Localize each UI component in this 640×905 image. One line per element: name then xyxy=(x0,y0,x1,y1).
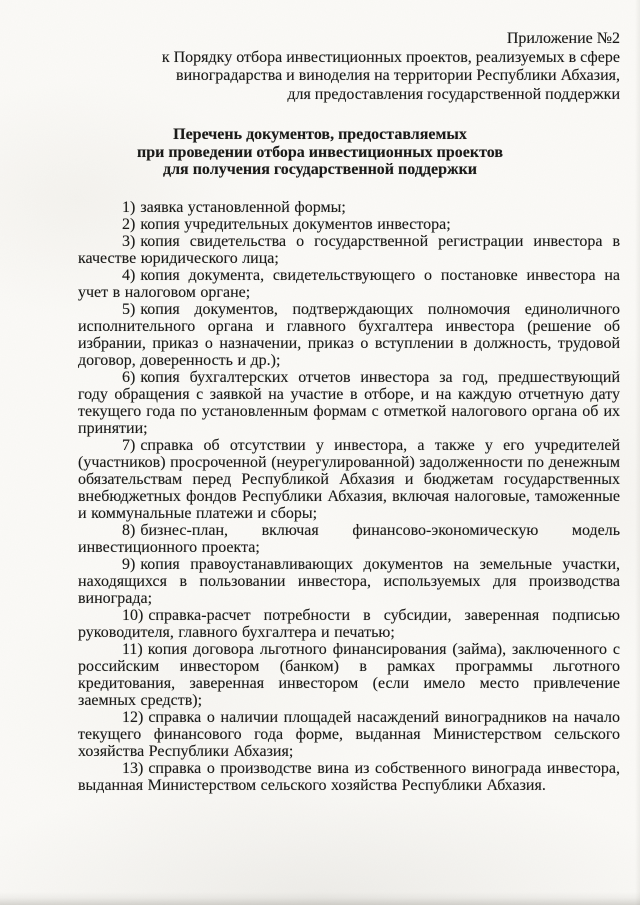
item-number: 11) xyxy=(122,641,148,658)
list-item: 1)заявка установленной формы; xyxy=(78,199,620,216)
list-item: 3)копия свидетельства о государственной … xyxy=(78,233,620,267)
list-item: 13)справка о производстве вина из собств… xyxy=(78,760,620,794)
item-number: 12) xyxy=(122,709,148,726)
list-item: 4)копия документа, свидетельствующего о … xyxy=(78,267,620,301)
list-item: 7)справка об отсутствии у инвестора, а т… xyxy=(78,437,620,522)
document-page: Приложение №2 к Порядку отбора инвестици… xyxy=(0,0,640,905)
item-text: копия документа, свидетельствующего о по… xyxy=(78,267,620,301)
list-item: 6)копия бухгалтерских отчетов инвестора … xyxy=(78,369,620,437)
scan-bottom-edge-shadow xyxy=(0,892,640,905)
item-text: копия учредительных документов инвестора… xyxy=(140,216,450,233)
item-text: справка-расчет потребности в субсидии, з… xyxy=(78,607,620,641)
document-title-line: при проведении отбора инвестиционных про… xyxy=(78,144,562,162)
item-text: заявка установленной формы; xyxy=(140,199,345,216)
appendix-header-line: для предоставления государственной подде… xyxy=(78,86,620,105)
document-title: Перечень документов, предоставляемых при… xyxy=(78,126,620,179)
list-item: 2)копия учредительных документов инвесто… xyxy=(78,216,620,233)
item-text: копия договора льготного финансирования … xyxy=(78,641,620,709)
appendix-header-line: к Порядку отбора инвестиционных проектов… xyxy=(78,49,620,68)
scan-right-edge-shadow xyxy=(635,0,640,905)
item-text: копия правоустанавливающих документов на… xyxy=(78,556,620,607)
item-number: 6) xyxy=(122,369,140,386)
item-text: копия документов, подтверждающих полномо… xyxy=(78,301,620,369)
list-item: 10)справка-расчет потребности в субсидии… xyxy=(78,607,620,641)
list-item: 5)копия документов, подтверждающих полно… xyxy=(78,301,620,369)
list-item: 12)справка о наличии площадей насаждений… xyxy=(78,709,620,760)
list-item: 8)бизнес-план, включая финансово-экономи… xyxy=(78,522,620,556)
item-text: копия бухгалтерских отчетов инвестора за… xyxy=(78,369,620,437)
item-number: 10) xyxy=(122,607,148,624)
list-item: 9)копия правоустанавливающих документов … xyxy=(78,556,620,607)
item-number: 2) xyxy=(122,216,140,233)
item-number: 5) xyxy=(122,301,140,318)
item-number: 7) xyxy=(122,437,140,454)
item-text: справка о наличии площадей насаждений ви… xyxy=(78,709,620,760)
item-text: справка о производстве вина из собственн… xyxy=(78,760,620,794)
document-title-line: Перечень документов, предоставляемых xyxy=(78,126,562,144)
item-text: справка об отсутствии у инвестора, а так… xyxy=(78,437,620,522)
appendix-header-line: Приложение №2 xyxy=(78,30,620,49)
item-text: бизнес-план, включая финансово-экономиче… xyxy=(78,522,620,556)
list-item: 11)копия договора льготного финансирован… xyxy=(78,641,620,709)
document-title-line: для получения государственной поддержки xyxy=(78,161,562,179)
item-number: 4) xyxy=(122,267,140,284)
item-number: 13) xyxy=(122,760,148,777)
item-number: 9) xyxy=(122,556,140,573)
document-list: 1)заявка установленной формы; 2)копия уч… xyxy=(78,199,620,794)
appendix-header-line: виноградарства и виноделия на территории… xyxy=(78,67,620,86)
item-text: копия свидетельства о государственной ре… xyxy=(78,233,620,267)
appendix-header: Приложение №2 к Порядку отбора инвестици… xyxy=(78,30,620,104)
document-content: Приложение №2 к Порядку отбора инвестици… xyxy=(78,30,620,794)
item-number: 1) xyxy=(122,199,140,216)
item-number: 3) xyxy=(122,233,140,250)
item-number: 8) xyxy=(122,522,140,539)
